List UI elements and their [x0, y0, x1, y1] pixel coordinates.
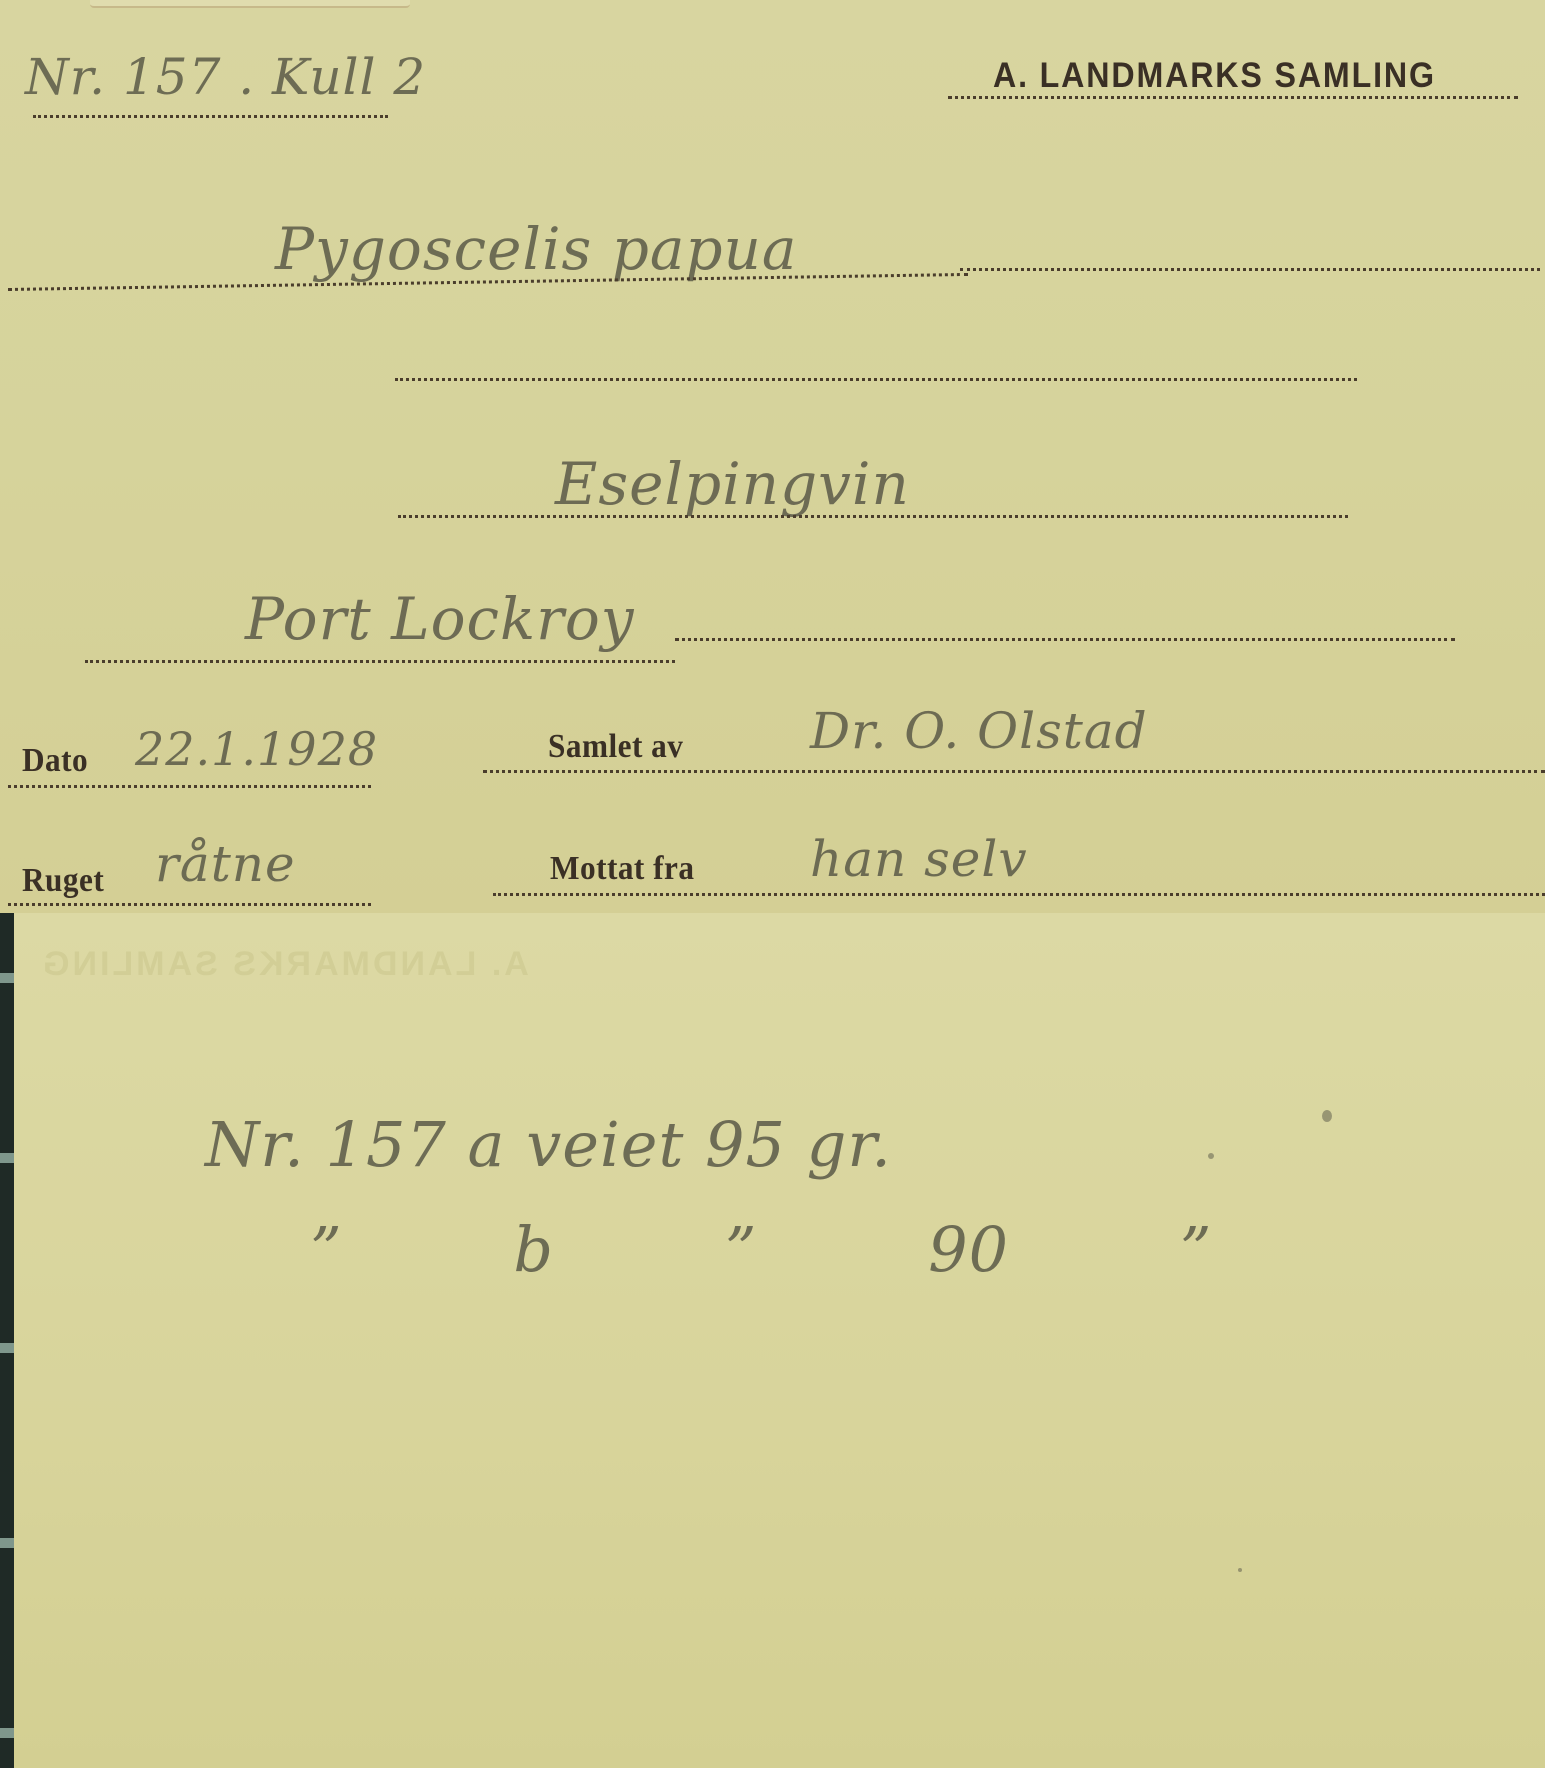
catalog-card-back: A. LANDMARKS SAMLING Nr. 157 a veiet 95 … [0, 913, 1545, 1768]
mirrored-bleed-through: A. LANDMARKS SAMLING [40, 945, 529, 984]
samlet-av-value: Dr. O. Olstad [810, 702, 1148, 760]
mottat-fra-value: han selv [810, 830, 1028, 888]
locality: Port Lockroy [245, 585, 635, 653]
background-frame-edge [0, 913, 14, 1768]
mottat-fra-line [493, 893, 1545, 896]
species-line-right [960, 268, 1540, 271]
ruget-line [8, 903, 371, 906]
weight-note-line-2: ” b ” 90 ” [310, 1213, 1213, 1286]
dato-value: 22.1.1928 [135, 722, 378, 776]
locality-line-right [675, 638, 1455, 641]
collection-title: A. LANDMARKS SAMLING [993, 56, 1436, 96]
weight-note-line-1: Nr. 157 a veiet 95 gr. [205, 1108, 892, 1181]
catalog-number: Nr. 157 . Kull 2 [25, 48, 426, 106]
locality-line-left [85, 660, 675, 663]
species-common-name: Eselpingvin [555, 450, 910, 518]
samlet-av-line [483, 770, 1545, 773]
ruget-label: Ruget [22, 862, 104, 900]
blank-line-2 [395, 378, 1357, 381]
paper-speck [1208, 1153, 1214, 1159]
card-top-edge [90, 0, 410, 8]
catalog-number-line [33, 115, 388, 118]
paper-speck [1322, 1110, 1332, 1122]
common-name-line [398, 515, 1348, 518]
ruget-value: råtne [155, 835, 296, 893]
header-line [948, 96, 1518, 99]
species-latin-name: Pygoscelis papua [275, 215, 797, 283]
samlet-av-label: Samlet av [548, 728, 683, 766]
dato-label: Dato [22, 742, 88, 780]
paper-speck [1238, 1568, 1242, 1572]
dato-line [8, 785, 371, 788]
mottat-fra-label: Mottat fra [550, 850, 694, 888]
catalog-card-front: Nr. 157 . Kull 2 A. LANDMARKS SAMLING Py… [0, 0, 1545, 913]
